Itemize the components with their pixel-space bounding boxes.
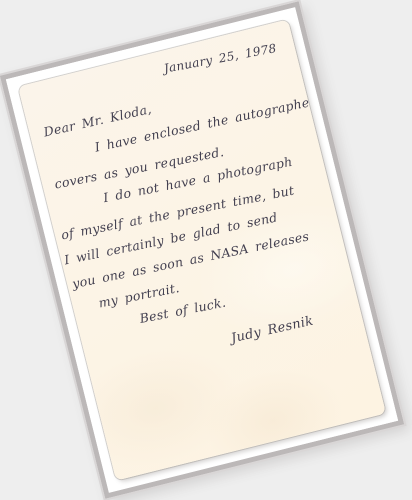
letter-photo: January 25, 1978 Dear Mr. Kloda, I have … bbox=[0, 1, 404, 499]
photo-mat: January 25, 1978 Dear Mr. Kloda, I have … bbox=[6, 7, 398, 492]
letter-paper: January 25, 1978 Dear Mr. Kloda, I have … bbox=[18, 19, 386, 480]
letter-line: I have enclosed the autographed bbox=[93, 93, 318, 155]
page-background: January 25, 1978 Dear Mr. Kloda, I have … bbox=[0, 0, 412, 500]
letter-date: January 25, 1978 bbox=[163, 41, 278, 76]
letter-signature: Judy Resnik bbox=[230, 314, 315, 347]
